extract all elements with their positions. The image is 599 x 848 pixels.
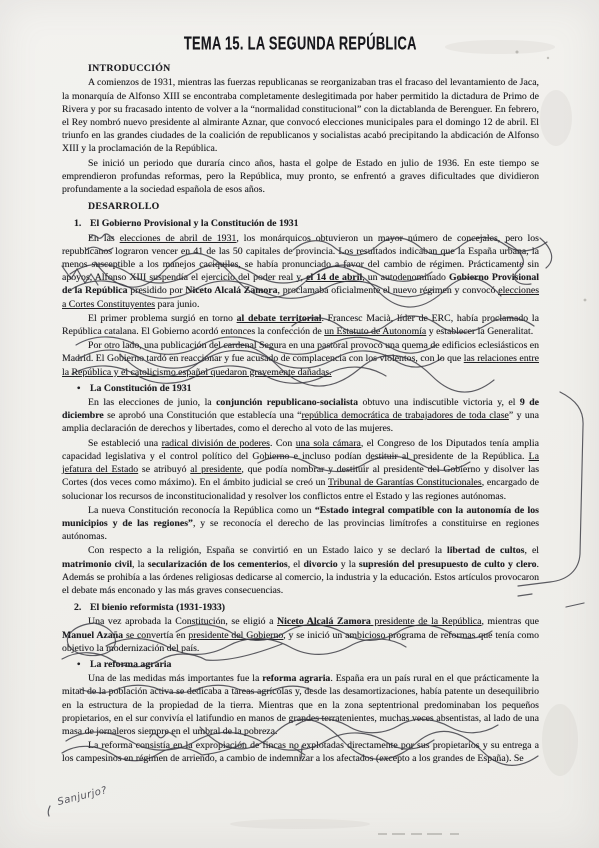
text-run: presidente de la República — [371, 616, 482, 627]
scan-fleck — [547, 57, 549, 59]
text-run: un Estatuto de Autonomía — [324, 326, 426, 337]
text-run: presidente del Gobierno — [188, 630, 283, 641]
scan-fleck — [584, 299, 587, 302]
text-run: Niceto Alcalá Zamora — [185, 285, 277, 296]
section-heading: INTRODUCCIÓN — [88, 62, 539, 75]
text-run: obtuvo una indiscutible victoria y, el — [358, 397, 520, 408]
text-run: y establecer la Generalitat. — [426, 326, 533, 337]
text-run: supresión del presupuesto de culto y cle… — [359, 559, 537, 570]
text-run: conjunción republicano-socialista — [216, 397, 358, 408]
text-run: presidido por — [127, 285, 185, 296]
section-heading: DESARROLLO — [88, 200, 539, 213]
bullet-icon: • — [77, 382, 90, 395]
heading-text: El Gobierno Provisional y la Constitució… — [90, 218, 299, 229]
text-run: matrimonio civil — [62, 559, 132, 570]
text-run: , un autodenominado — [362, 272, 449, 283]
text-run: , mientras que — [481, 616, 539, 627]
text-run: En las elecciones de junio, la — [88, 397, 216, 408]
heading-text: El bienio reformista (1931-1933) — [90, 602, 225, 613]
text-run: , el — [288, 559, 304, 570]
text-run: La reforma consistía en la expropiación … — [62, 740, 539, 764]
document-flow: TEMA 15. LA SEGUNDA REPÚBLICA INTRODUCCI… — [62, 38, 539, 766]
heading-number: 2. — [74, 601, 90, 614]
text-run: , proclamaba oficialmente el nuevo régim… — [278, 285, 499, 296]
text-run: al presidente — [190, 464, 241, 475]
text-run: se convertía en — [123, 630, 188, 641]
text-run: Una de las medidas más importantes fue l… — [88, 673, 262, 684]
numbered-heading: 1.El Gobierno Provisional y la Constituc… — [74, 217, 539, 230]
text-run: radical división de poderes — [162, 438, 270, 449]
text-run: el 14 de abril — [306, 272, 362, 283]
paragraph: Una vez aprobada la Constitución, se eli… — [62, 615, 539, 655]
paragraph: La reforma consistía en la expropiación … — [62, 739, 539, 765]
text-run: para junio. — [155, 299, 199, 310]
paragraph: El primer problema surgió en torno al de… — [62, 312, 539, 338]
text-run: Una vez aprobada la Constitución, se eli… — [88, 616, 277, 627]
paragraph: A comienzos de 1931, mientras las fuerza… — [62, 76, 539, 155]
text-run: una sola cámara — [296, 438, 361, 449]
text-run: libertad de cultos — [447, 545, 525, 556]
text-run: se atribuyó — [138, 464, 190, 475]
paragraph: Por otro lado, una publicación del carde… — [62, 339, 539, 379]
text-run: En las — [88, 233, 120, 244]
handwritten-margin-note: Sanjurjo? — [56, 785, 108, 808]
text-run: secularización de los cementerios — [148, 559, 288, 570]
text-run: divorcio — [303, 559, 337, 570]
text-run: A comienzos de 1931, mientras las fuerza… — [62, 77, 539, 154]
text-run: reforma agraria — [262, 673, 330, 684]
text-run: . Con — [270, 438, 296, 449]
text-run: al debate territorial — [237, 313, 322, 324]
paragraph: En las elecciones de junio, la conjunció… — [62, 396, 539, 436]
text-run: Se inició un periodo que duraría cinco a… — [62, 158, 539, 195]
text-run: república democrática de trabajadores de… — [302, 410, 509, 421]
paragraph: En las elecciones de abril de 1931, los … — [62, 232, 539, 311]
text-run: La nueva Constitución reconocía la Repúb… — [88, 505, 315, 516]
paragraph: Con respecto a la religión, España se co… — [62, 544, 539, 597]
numbered-heading: 2.El bienio reformista (1931-1933) — [74, 601, 539, 614]
text-run: Tribunal de Garantías Constitucionales — [328, 477, 482, 488]
scanned-document-page: TEMA 15. LA SEGUNDA REPÚBLICA INTRODUCCI… — [0, 0, 599, 848]
title-row: TEMA 15. LA SEGUNDA REPÚBLICA — [62, 38, 539, 53]
heading-number: 1. — [74, 217, 90, 230]
text-run: se aprobó una Constitución que establecí… — [104, 410, 302, 421]
text-run: El primer problema surgió en torno — [88, 313, 237, 324]
text-run: Manuel Azaña — [62, 630, 123, 641]
paragraph: La nueva Constitución reconocía la Repúb… — [62, 504, 539, 544]
text-run: elecciones de abril de 1931 — [120, 233, 237, 244]
paragraph: Se estableció una radical división de po… — [62, 437, 539, 503]
heading-text: La Constitución de 1931 — [90, 383, 192, 394]
page-title: TEMA 15. LA SEGUNDA REPÚBLICA — [184, 37, 417, 52]
paragraph: Se inició un periodo que duraría cinco a… — [62, 157, 539, 197]
text-run: Se estableció una — [88, 438, 162, 449]
text-run: Con respecto a la religión, España se co… — [88, 545, 447, 556]
bullet-icon: • — [77, 658, 90, 671]
text-run: , el — [524, 545, 539, 556]
text-run: , la — [132, 559, 148, 570]
heading-text: La reforma agraria — [90, 659, 171, 670]
paragraph: Una de las medidas más importantes fue l… — [62, 672, 539, 738]
document-body: INTRODUCCIÓNA comienzos de 1931, mientra… — [62, 62, 539, 765]
text-run: Niceto Alcalá Zamora — [277, 616, 371, 627]
text-run: y la — [338, 559, 359, 570]
bullet-heading: •La Constitución de 1931 — [77, 382, 539, 395]
bullet-heading: •La reforma agraria — [77, 658, 539, 671]
